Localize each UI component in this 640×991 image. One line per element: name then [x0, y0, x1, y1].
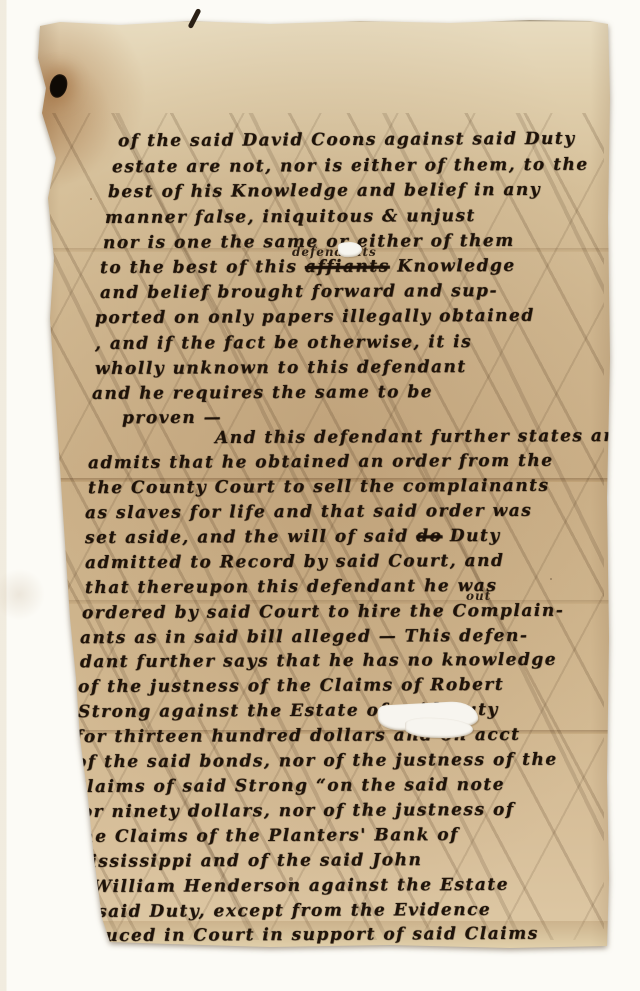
interline-insertion: defendants: [292, 245, 377, 259]
scanned-document-view: { "document": { "kind": "scanned handwri…: [0, 0, 640, 991]
manuscript-text: of the said David Coons against said Dut…: [30, 18, 614, 954]
handwritten-line: ordered by said Court to hire the Compla…: [82, 601, 564, 624]
paper-specks: [30, 18, 32, 20]
handwritten-line: ported on only papers illegally obtained: [95, 306, 535, 328]
handwritten-line: best of his Knowledge and belief in any: [108, 180, 541, 202]
handwritten-line: dant further says that he has no knowled…: [80, 650, 557, 672]
handwritten-line: the Claims of the Planters' Bank of: [72, 825, 459, 847]
handwritten-line: of the said bonds, nor of the justness o…: [75, 750, 558, 773]
handwritten-line: proven —: [122, 408, 222, 429]
handwritten-line: Mississippi and of the said John: [70, 850, 422, 872]
handwritten-line: the County Court to sell the complainant…: [88, 476, 550, 498]
handwritten-line: for ninety dollars, nor of the justness …: [72, 800, 515, 822]
handwritten-line: and belief brought forward and sup-: [100, 281, 498, 303]
interline-insertion: out: [466, 589, 491, 603]
handwritten-line: of the said David Coons against said Dut…: [118, 129, 576, 151]
handwritten-line: manner false, iniquitous & unjust: [105, 206, 476, 228]
handwritten-line: ants as in said bill alleged — This defe…: [80, 626, 528, 648]
handwritten-line: And this defendant further states and: [215, 426, 631, 448]
handwritten-line: as slaves for life and that said order w…: [85, 501, 532, 523]
handwritten-line: that thereupon this defendant he was: [85, 576, 497, 598]
handwritten-line: , and if the fact be otherwise, it is: [95, 332, 472, 354]
handwritten-line: admitted to Record by said Court, and: [85, 551, 504, 573]
struck-out-word: affiants: [305, 257, 390, 277]
handwritten-line: estate are not, nor is either of them, t…: [112, 155, 589, 177]
handwritten-line: admits that he obtained an order from th…: [88, 451, 554, 473]
manuscript-page-wrap: of the said David Coons against said Dut…: [30, 18, 614, 954]
handwritten-line: adduced in Court in support of said Clai…: [66, 924, 539, 946]
handwritten-line: & William Henderson against the Estate: [68, 875, 509, 897]
handwritten-line: wholly unknown to this defendant: [95, 357, 467, 379]
struck-out-word: do: [416, 526, 442, 546]
handwritten-line: of said Duty, except from the Evidence: [68, 900, 491, 922]
handwritten-line: to the best of this affiants Knowledge: [100, 256, 516, 278]
handwritten-line: set aside, and the will of said do Duty: [85, 526, 501, 548]
handwritten-line: and he requires the same to be: [92, 382, 433, 404]
manuscript-page: of the said David Coons against said Dut…: [30, 18, 614, 954]
handwritten-line: of the justness of the Claims of Robert: [78, 675, 504, 697]
handwritten-line: Claims of said Strong “on the said note: [72, 775, 505, 797]
